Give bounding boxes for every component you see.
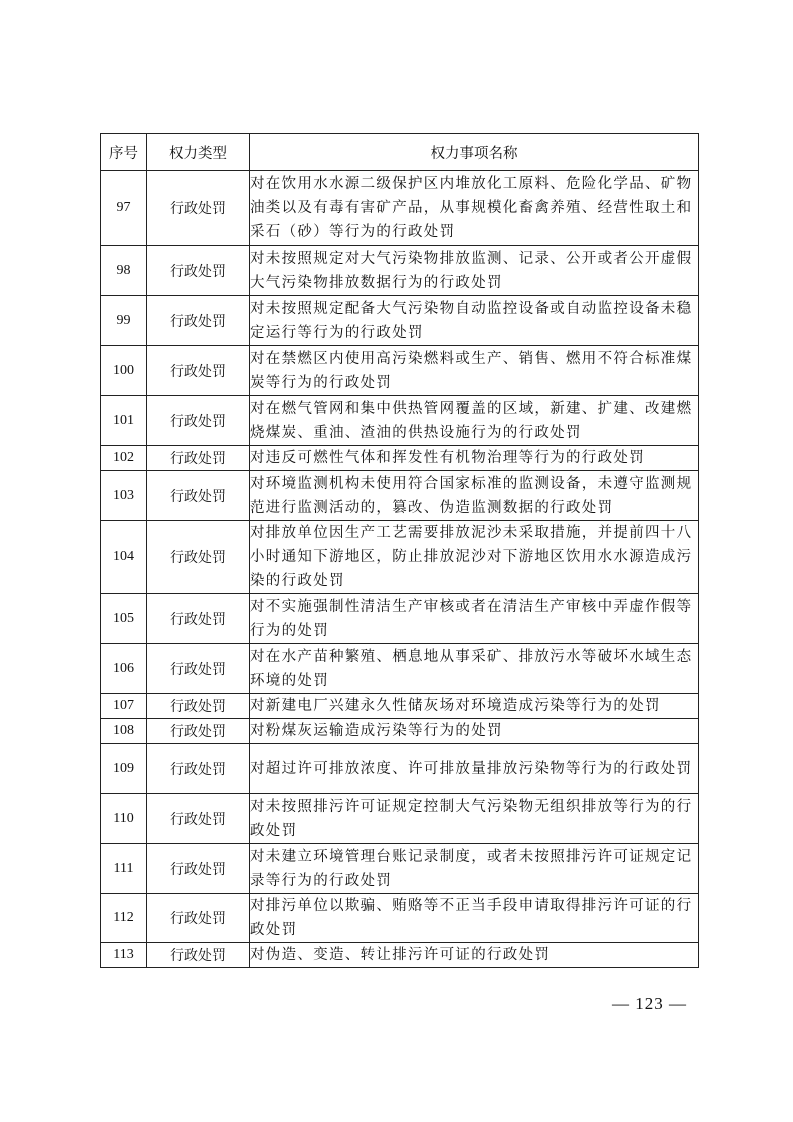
row-number: 111 <box>101 844 147 894</box>
row-item-name: 对超过许可排放浓度、许可排放量排放污染物等行为的行政处罚 <box>250 744 699 794</box>
header-item-name: 权力事项名称 <box>250 134 699 171</box>
row-item-name: 对在水产苗种繁殖、栖息地从事采矿、排放污水等破坏水域生态环境的处罚 <box>250 644 699 694</box>
table-row: 105行政处罚对不实施强制性清洁生产审核或者在清洁生产审核中弄虚作假等行为的处罚 <box>101 594 699 644</box>
row-item-name: 对环境监测机构未使用符合国家标准的监测设备，未遵守监测规范进行监测活动的，篡改、… <box>250 471 699 521</box>
page-number: — 123 — <box>612 994 687 1014</box>
row-power-type: 行政处罚 <box>147 471 250 521</box>
row-number: 108 <box>101 719 147 744</box>
row-power-type: 行政处罚 <box>147 844 250 894</box>
row-number: 109 <box>101 744 147 794</box>
row-number: 103 <box>101 471 147 521</box>
row-number: 105 <box>101 594 147 644</box>
row-item-name: 对未按照规定配备大气污染物自动监控设备或自动监控设备未稳定运行等行为的行政处罚 <box>250 296 699 346</box>
row-power-type: 行政处罚 <box>147 744 250 794</box>
row-power-type: 行政处罚 <box>147 694 250 719</box>
table-row: 98行政处罚对未按照规定对大气污染物排放监测、记录、公开或者公开虚假大气污染物排… <box>101 246 699 296</box>
table-row: 104行政处罚对排放单位因生产工艺需要排放泥沙未采取措施，并提前四十八小时通知下… <box>101 521 699 594</box>
row-power-type: 行政处罚 <box>147 346 250 396</box>
row-item-name: 对未按照规定对大气污染物排放监测、记录、公开或者公开虚假大气污染物排放数据行为的… <box>250 246 699 296</box>
table-row: 103行政处罚对环境监测机构未使用符合国家标准的监测设备，未遵守监测规范进行监测… <box>101 471 699 521</box>
row-power-type: 行政处罚 <box>147 396 250 446</box>
row-power-type: 行政处罚 <box>147 894 250 943</box>
row-number: 101 <box>101 396 147 446</box>
row-power-type: 行政处罚 <box>147 171 250 246</box>
row-number: 102 <box>101 446 147 471</box>
row-power-type: 行政处罚 <box>147 296 250 346</box>
row-number: 97 <box>101 171 147 246</box>
row-item-name: 对在禁燃区内使用高污染燃料或生产、销售、燃用不符合标准煤炭等行为的行政处罚 <box>250 346 699 396</box>
table-row: 106行政处罚对在水产苗种繁殖、栖息地从事采矿、排放污水等破坏水域生态环境的处罚 <box>101 644 699 694</box>
row-power-type: 行政处罚 <box>147 644 250 694</box>
row-power-type: 行政处罚 <box>147 719 250 744</box>
row-number: 98 <box>101 246 147 296</box>
table-header-row: 序号 权力类型 权力事项名称 <box>101 134 699 171</box>
row-number: 107 <box>101 694 147 719</box>
table-row: 107行政处罚对新建电厂兴建永久性储灰场对环境造成污染等行为的处罚 <box>101 694 699 719</box>
table-row: 100行政处罚对在禁燃区内使用高污染燃料或生产、销售、燃用不符合标准煤炭等行为的… <box>101 346 699 396</box>
row-item-name: 对未建立环境管理台账记录制度，或者未按照排污许可证规定记录等行为的行政处罚 <box>250 844 699 894</box>
table-row: 99行政处罚对未按照规定配备大气污染物自动监控设备或自动监控设备未稳定运行等行为… <box>101 296 699 346</box>
row-item-name: 对排污单位以欺骗、贿赂等不正当手段申请取得排污许可证的行政处罚 <box>250 894 699 943</box>
row-item-name: 对伪造、变造、转让排污许可证的行政处罚 <box>250 943 699 968</box>
row-power-type: 行政处罚 <box>147 521 250 594</box>
row-item-name: 对新建电厂兴建永久性储灰场对环境造成污染等行为的处罚 <box>250 694 699 719</box>
table-row: 113行政处罚对伪造、变造、转让排污许可证的行政处罚 <box>101 943 699 968</box>
row-item-name: 对违反可燃性气体和挥发性有机物治理等行为的行政处罚 <box>250 446 699 471</box>
row-power-type: 行政处罚 <box>147 246 250 296</box>
table-row: 102行政处罚对违反可燃性气体和挥发性有机物治理等行为的行政处罚 <box>101 446 699 471</box>
row-item-name: 对排放单位因生产工艺需要排放泥沙未采取措施，并提前四十八小时通知下游地区，防止排… <box>250 521 699 594</box>
table-row: 112行政处罚对排污单位以欺骗、贿赂等不正当手段申请取得排污许可证的行政处罚 <box>101 894 699 943</box>
row-item-name: 对粉煤灰运输造成污染等行为的处罚 <box>250 719 699 744</box>
row-number: 106 <box>101 644 147 694</box>
row-number: 104 <box>101 521 147 594</box>
header-serial-number: 序号 <box>101 134 147 171</box>
table-row: 109行政处罚对超过许可排放浓度、许可排放量排放污染物等行为的行政处罚 <box>101 744 699 794</box>
row-power-type: 行政处罚 <box>147 943 250 968</box>
table-row: 111行政处罚对未建立环境管理台账记录制度，或者未按照排污许可证规定记录等行为的… <box>101 844 699 894</box>
row-number: 113 <box>101 943 147 968</box>
row-number: 110 <box>101 794 147 844</box>
row-number: 99 <box>101 296 147 346</box>
table-row: 108行政处罚对粉煤灰运输造成污染等行为的处罚 <box>101 719 699 744</box>
row-power-type: 行政处罚 <box>147 794 250 844</box>
table-row: 110行政处罚对未按照排污许可证规定控制大气污染物无组织排放等行为的行政处罚 <box>101 794 699 844</box>
row-power-type: 行政处罚 <box>147 446 250 471</box>
table-row: 97行政处罚对在饮用水水源二级保护区内堆放化工原料、危险化学品、矿物油类以及有毒… <box>101 171 699 246</box>
row-item-name: 对未按照排污许可证规定控制大气污染物无组织排放等行为的行政处罚 <box>250 794 699 844</box>
table-row: 101行政处罚对在燃气管网和集中供热管网覆盖的区域，新建、扩建、改建燃烧煤炭、重… <box>101 396 699 446</box>
power-items-table: 序号 权力类型 权力事项名称 97行政处罚对在饮用水水源二级保护区内堆放化工原料… <box>100 133 699 968</box>
row-power-type: 行政处罚 <box>147 594 250 644</box>
row-item-name: 对在饮用水水源二级保护区内堆放化工原料、危险化学品、矿物油类以及有毒有害矿产品，… <box>250 171 699 246</box>
row-number: 100 <box>101 346 147 396</box>
row-item-name: 对在燃气管网和集中供热管网覆盖的区域，新建、扩建、改建燃烧煤炭、重油、渣油的供热… <box>250 396 699 446</box>
row-item-name: 对不实施强制性清洁生产审核或者在清洁生产审核中弄虚作假等行为的处罚 <box>250 594 699 644</box>
row-number: 112 <box>101 894 147 943</box>
header-power-type: 权力类型 <box>147 134 250 171</box>
